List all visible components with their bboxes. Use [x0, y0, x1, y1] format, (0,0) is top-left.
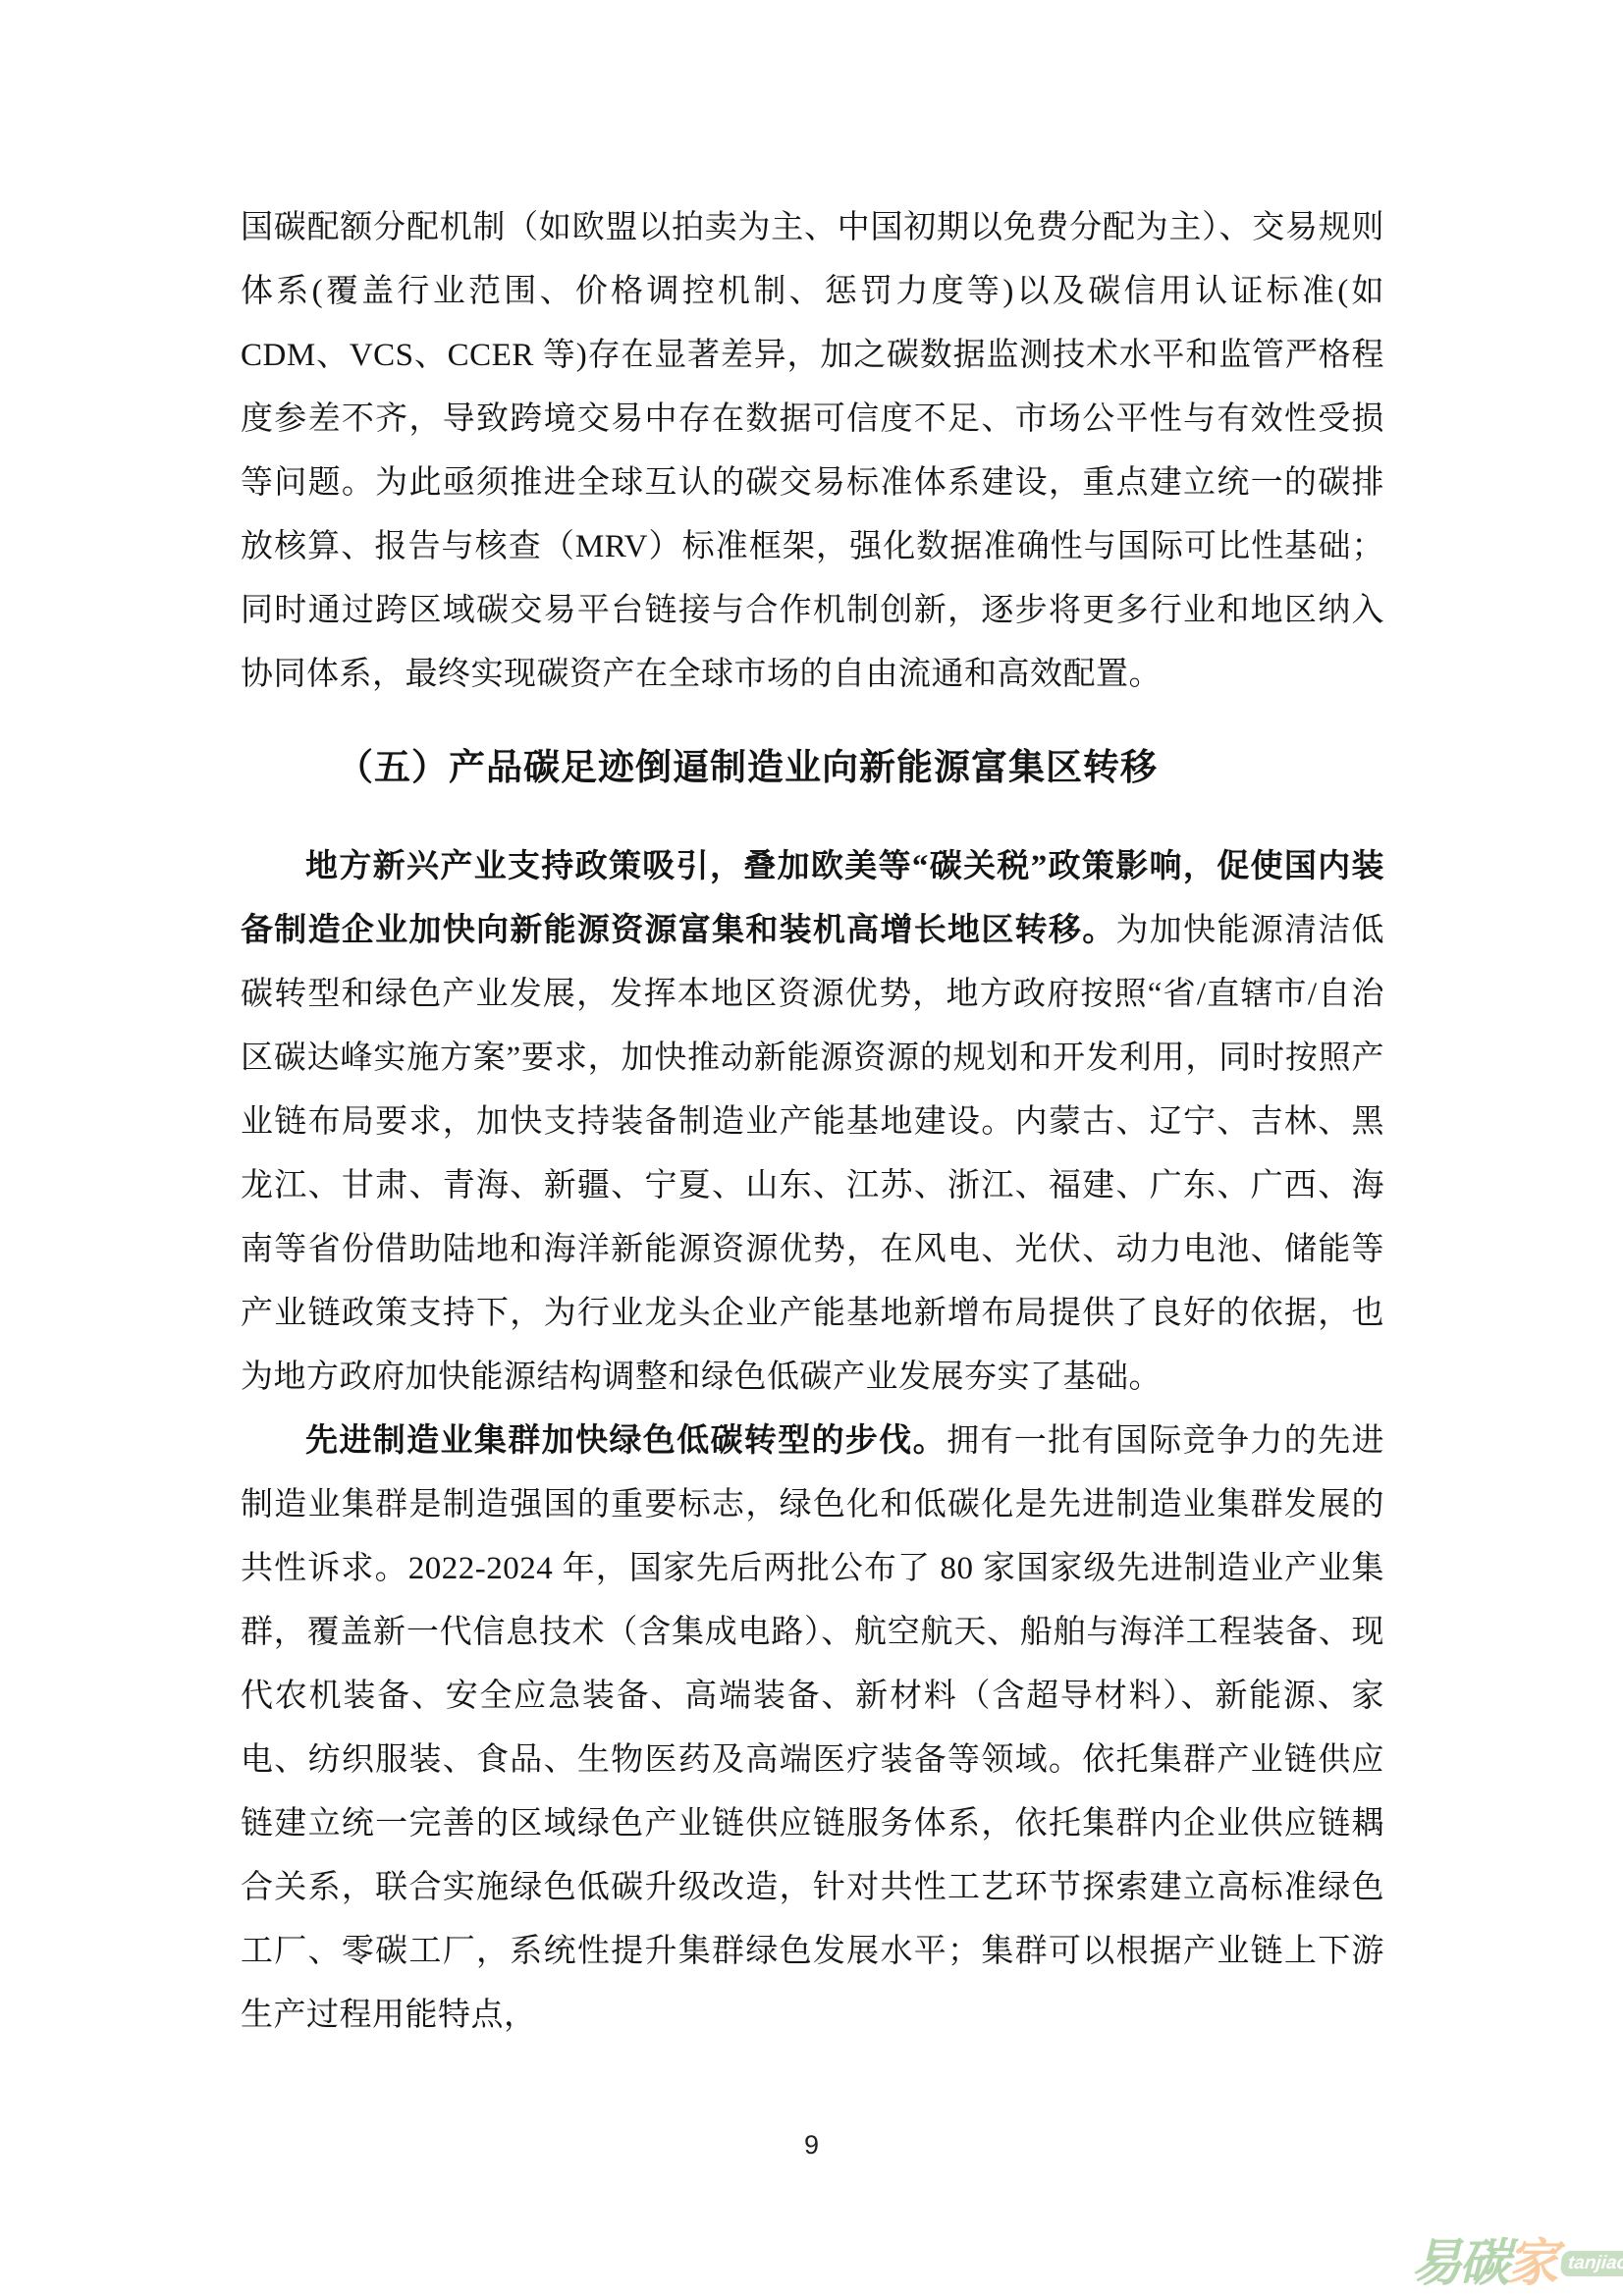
paragraph-text: 为加快能源清洁低碳转型和绿色产业发展，发挥本地区资源优势，地方政府按照“省/直辖…: [241, 913, 1384, 1395]
logo-char-jia: 家: [1507, 2236, 1555, 2291]
paragraph-carbon-trading-continuation: 国碳配额分配机制（如欧盟以拍卖为主、中国初期以免费分配为主）、交易规则体系(覆盖…: [241, 196, 1384, 707]
page-body-text: 国碳配额分配机制（如欧盟以拍卖为主、中国初期以免费分配为主）、交易规则体系(覆盖…: [241, 196, 1384, 2048]
paragraph-local-industry-policy: 地方新兴产业支持政策吸引，叠加欧美等“碳关税”政策影响，促使国内装备制造企业加快…: [241, 835, 1384, 1410]
document-page: 国碳配额分配机制（如欧盟以拍卖为主、中国初期以免费分配为主）、交易规则体系(覆盖…: [0, 0, 1623, 2296]
tanjiaoyi-com-badge: tanjiaoyi .com: [1560, 2251, 1623, 2276]
badge-domain-name: tanjiaoyi: [1567, 2253, 1623, 2273]
paragraph-manufacturing-clusters: 先进制造业集群加快绿色低碳转型的步伐。拥有一批有国际竞争力的先进制造业集群是制造…: [241, 1410, 1384, 2048]
paragraph-lead-bold: 先进制造业集群加快绿色低碳转型的步伐。: [305, 1423, 947, 1459]
tanjiaoyi-watermark-logo: 易 碳 家 tanjiaoyi .com: [1411, 2236, 1623, 2291]
paragraph-text: 拥有一批有国际竞争力的先进制造业集群是制造强国的重要标志，绿色化和低碳化是先进制…: [241, 1423, 1384, 2033]
logo-char-tan: 碳: [1459, 2236, 1507, 2291]
page-number: 9: [0, 2130, 1623, 2161]
logo-char-yi: 易: [1411, 2236, 1459, 2291]
section-heading-5: （五）产品碳足迹倒逼制造业向新能源富集区转移: [241, 736, 1384, 800]
paragraph-text: 国碳配额分配机制（如欧盟以拍卖为主、中国初期以免费分配为主）、交易规则体系(覆盖…: [241, 210, 1384, 692]
